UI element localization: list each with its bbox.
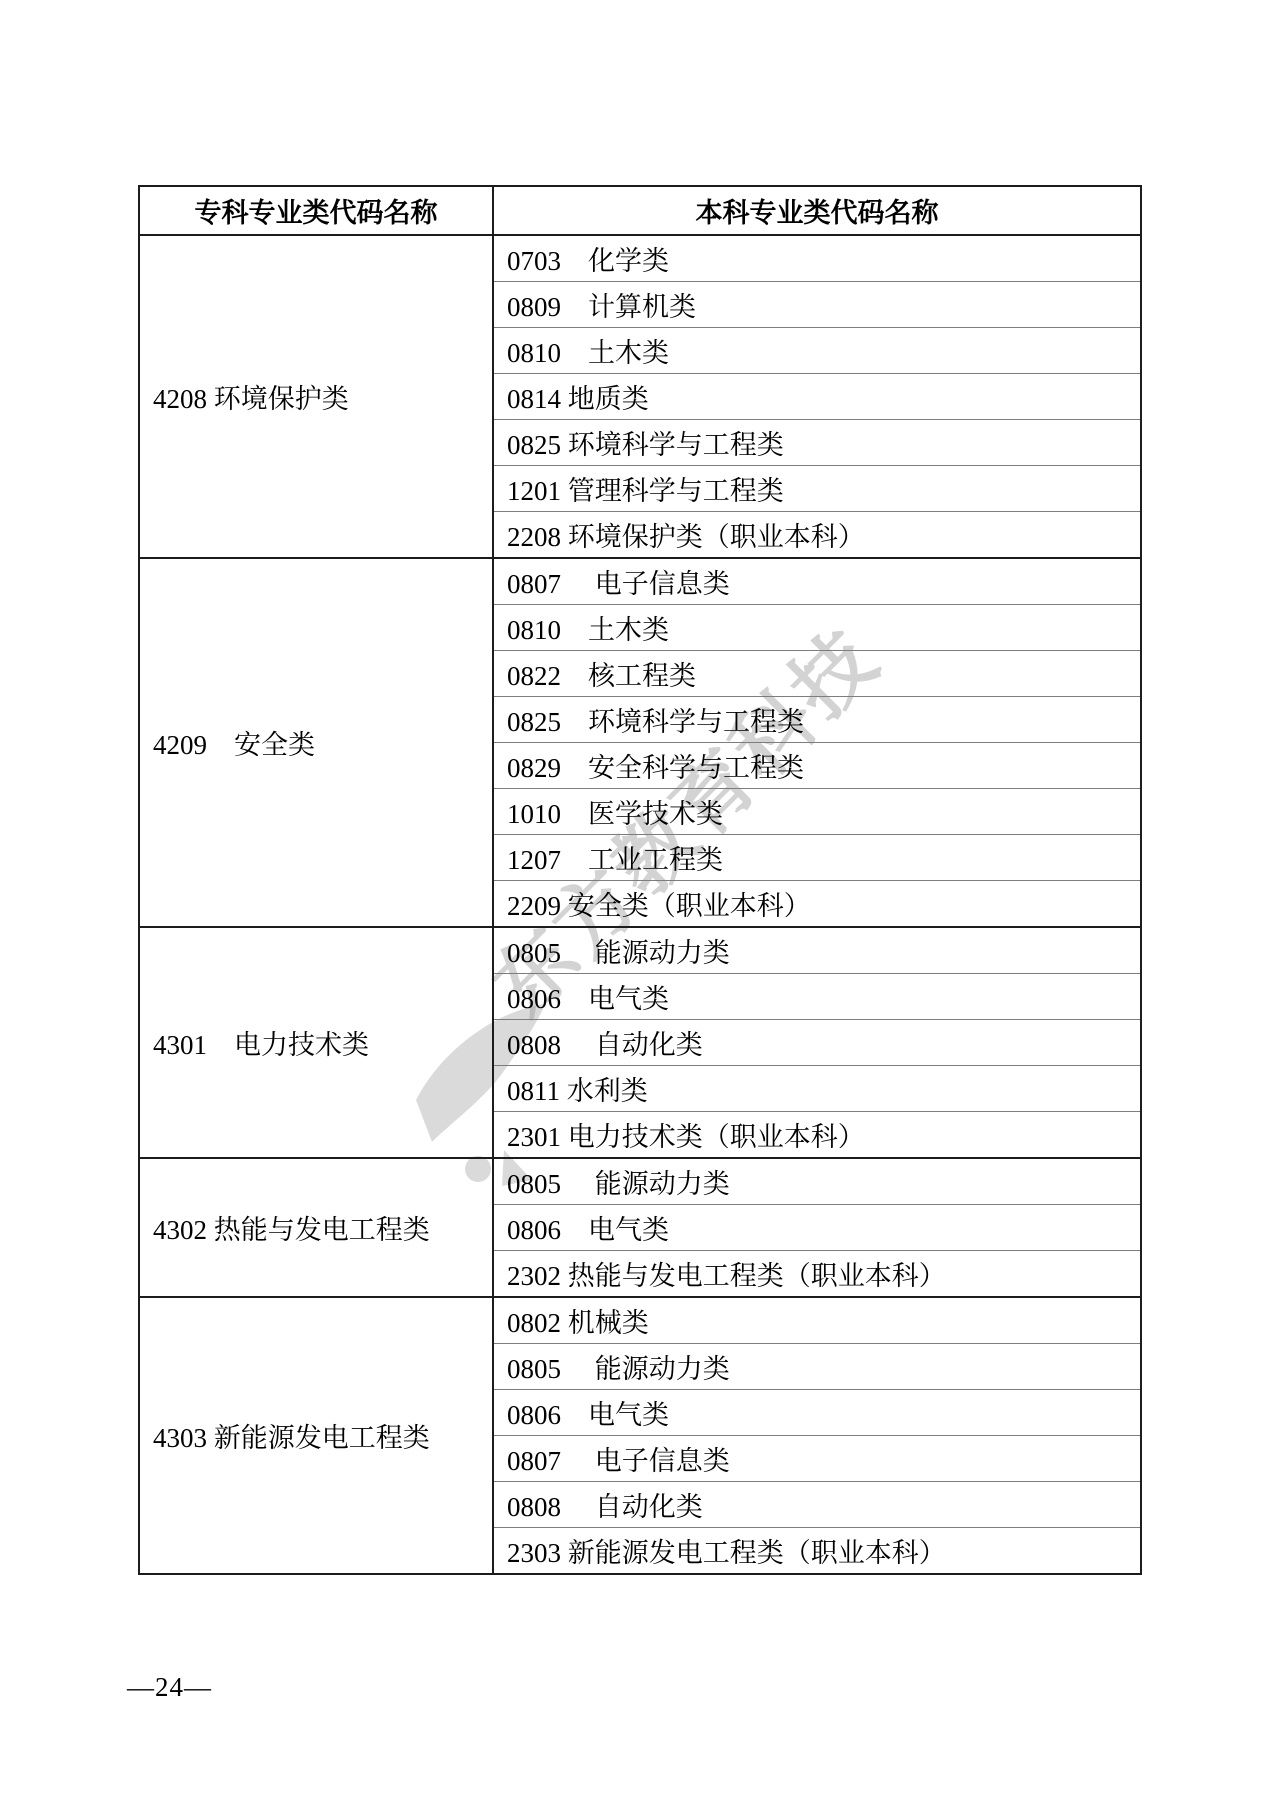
table-cell: 0805 能源动力类: [493, 1158, 1141, 1205]
table-cell: 0810 土木类: [493, 328, 1141, 374]
table-cell: 0807 电子信息类: [493, 558, 1141, 605]
table-cell: 1010 医学技术类: [493, 789, 1141, 835]
mapping-table: 专科专业类代码名称 本科专业类代码名称 4208 环境保护类 0703 化学类 …: [138, 185, 1142, 1575]
group-label-4209: 4209 安全类: [139, 558, 493, 927]
table-cell: 0808 自动化类: [493, 1020, 1141, 1066]
table-cell: 0809 计算机类: [493, 282, 1141, 328]
col-header-benke: 本科专业类代码名称: [493, 186, 1141, 235]
table-cell: 0806 电气类: [493, 1390, 1141, 1436]
table-row: 4208 环境保护类 0703 化学类: [139, 235, 1141, 282]
table-cell: 0806 电气类: [493, 974, 1141, 1020]
table-cell: 0810 土木类: [493, 605, 1141, 651]
table-cell: 1207 工业工程类: [493, 835, 1141, 881]
table-cell: 0805 能源动力类: [493, 1344, 1141, 1390]
group-label-4301: 4301 电力技术类: [139, 927, 493, 1158]
table-cell: 0829 安全科学与工程类: [493, 743, 1141, 789]
document-page: 东方教育科技 专科专业类代码名称 本科专业类代码名称 4208 环境保护类 07…: [0, 0, 1280, 1810]
group-label-4303: 4303 新能源发电工程类: [139, 1297, 493, 1574]
table-cell: 0822 核工程类: [493, 651, 1141, 697]
table-row: 4301 电力技术类 0805 能源动力类: [139, 927, 1141, 974]
table-cell: 2302 热能与发电工程类（职业本科）: [493, 1251, 1141, 1298]
table-cell: 0811 水利类: [493, 1066, 1141, 1112]
table-cell: 0703 化学类: [493, 235, 1141, 282]
table-cell: 2208 环境保护类（职业本科）: [493, 512, 1141, 559]
table-row: 4302 热能与发电工程类 0805 能源动力类: [139, 1158, 1141, 1205]
group-label-4302: 4302 热能与发电工程类: [139, 1158, 493, 1297]
table-cell: 0805 能源动力类: [493, 927, 1141, 974]
table-cell: 2301 电力技术类（职业本科）: [493, 1112, 1141, 1159]
page-number: —24—: [127, 1672, 212, 1703]
header-row: 专科专业类代码名称 本科专业类代码名称: [139, 186, 1141, 235]
table-cell: 1201 管理科学与工程类: [493, 466, 1141, 512]
table-cell: 0806 电气类: [493, 1205, 1141, 1251]
table-cell: 0808 自动化类: [493, 1482, 1141, 1528]
table-row: 4303 新能源发电工程类 0802 机械类: [139, 1297, 1141, 1344]
col-header-zhuanke: 专科专业类代码名称: [139, 186, 493, 235]
table-cell: 0814 地质类: [493, 374, 1141, 420]
group-label-4208: 4208 环境保护类: [139, 235, 493, 558]
table-cell: 0802 机械类: [493, 1297, 1141, 1344]
table-cell: 0825 环境科学与工程类: [493, 420, 1141, 466]
table-cell: 2303 新能源发电工程类（职业本科）: [493, 1528, 1141, 1575]
table-cell: 0807 电子信息类: [493, 1436, 1141, 1482]
table-cell: 0825 环境科学与工程类: [493, 697, 1141, 743]
table-row: 4209 安全类 0807 电子信息类: [139, 558, 1141, 605]
table-cell: 2209 安全类（职业本科）: [493, 881, 1141, 928]
